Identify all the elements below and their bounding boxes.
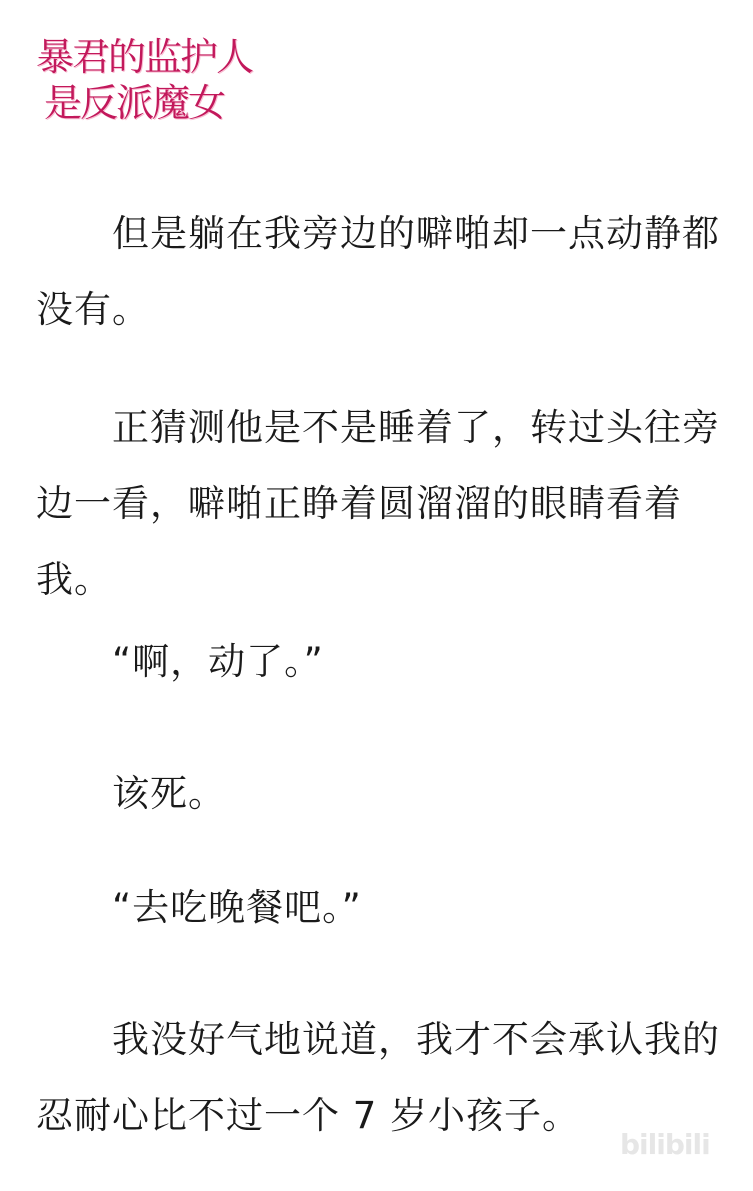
paragraph-5-quote: “去吃晚餐吧。” bbox=[112, 870, 753, 946]
logo-title-line-2: 是反派魔女 bbox=[44, 72, 224, 127]
paragraph-4: 该死。 bbox=[36, 756, 726, 832]
paragraph-2: 正猜测他是不是睡着了，转过头往旁边一看，噼啪正睁着圆溜溜的眼睛看着我。 bbox=[36, 390, 726, 618]
paragraph-1: 但是躺在我旁边的噼啪却一点动静都没有。 bbox=[36, 196, 726, 348]
bilibili-watermark: bilibili bbox=[620, 1128, 710, 1161]
comic-title-logo: 暴君的监护人 是反派魔女 bbox=[36, 26, 266, 126]
paragraph-3-quote: “啊，动了。” bbox=[112, 624, 753, 700]
